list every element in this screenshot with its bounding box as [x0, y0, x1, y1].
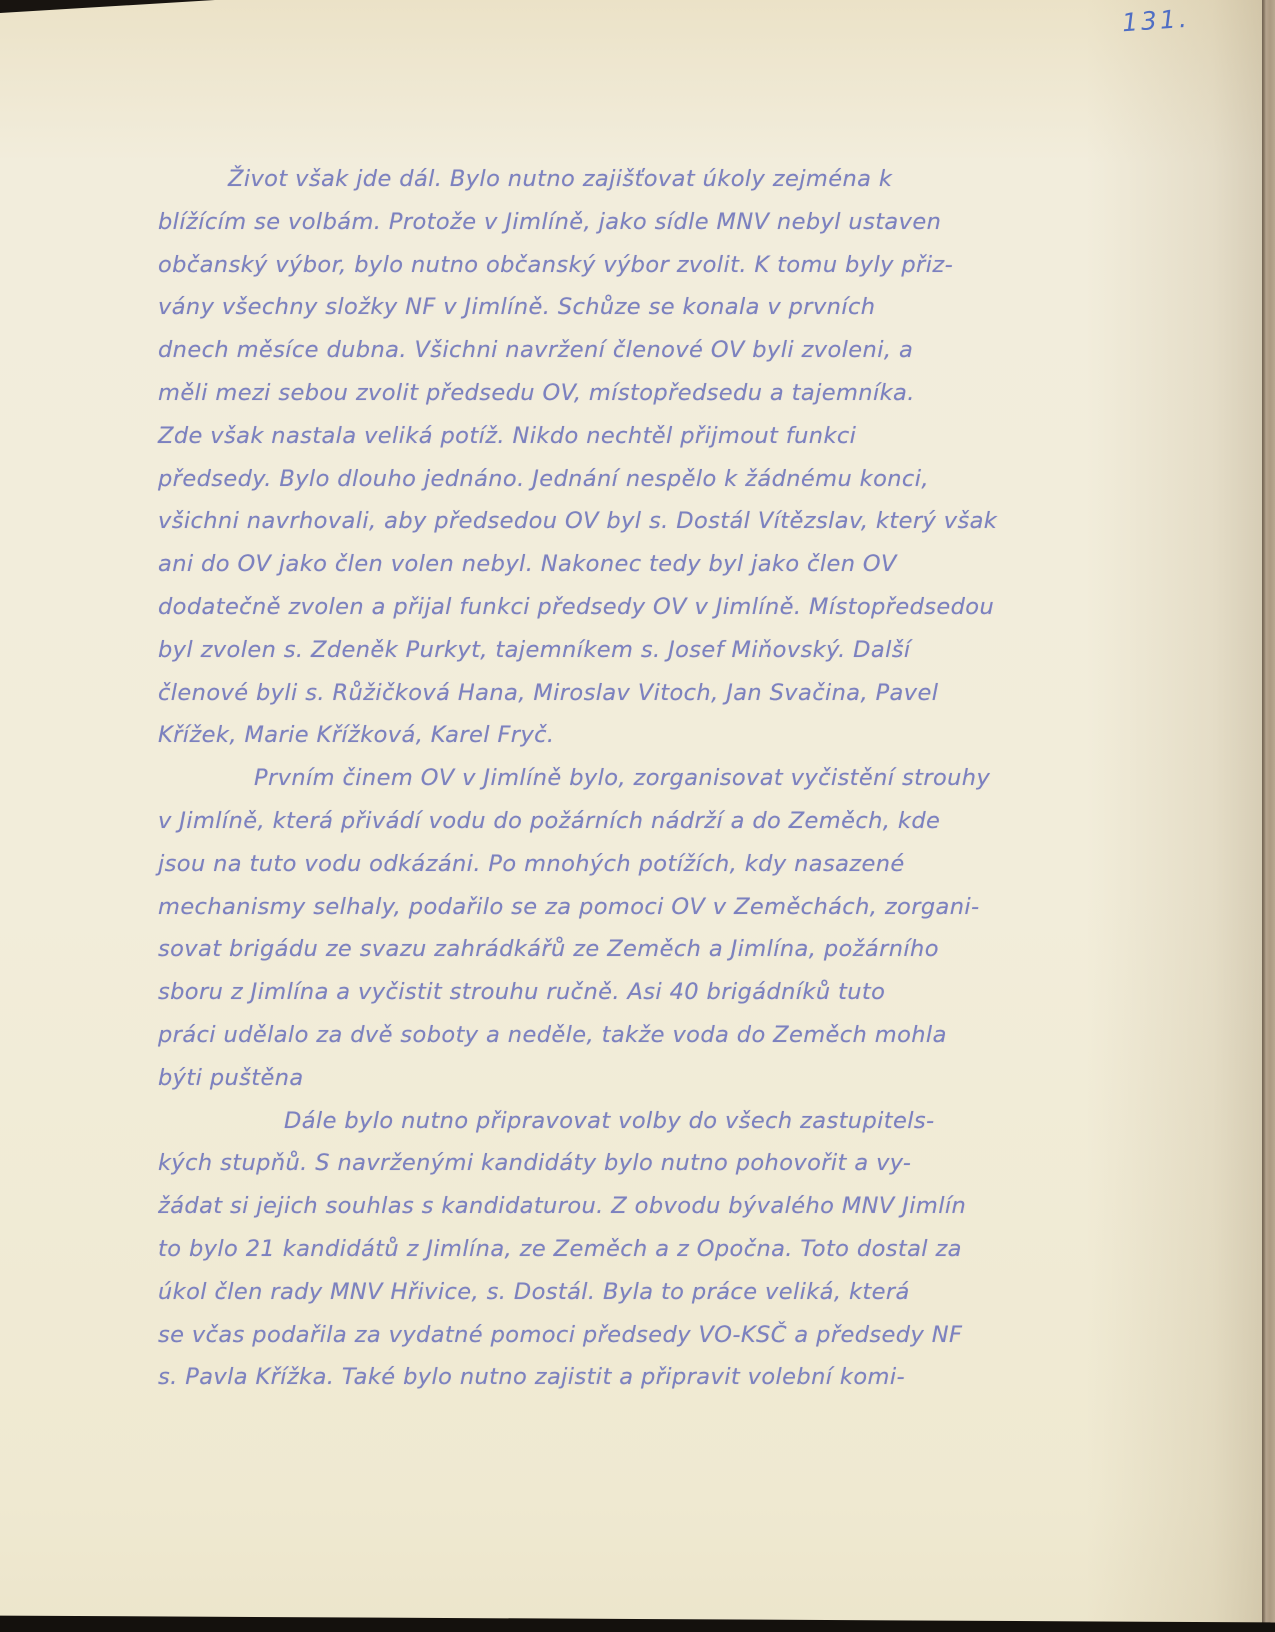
- handwritten-line: s. Pavla Křížka. Také bylo nutno zajisti…: [158, 1356, 1060, 1399]
- handwritten-line: úkol člen rady MNV Hřivice, s. Dostál. B…: [158, 1271, 1060, 1314]
- handwritten-line: práci udělalo za dvě soboty a neděle, ta…: [158, 1014, 1060, 1057]
- handwritten-line: ani do OV jako člen volen nebyl. Nakonec…: [158, 543, 1060, 586]
- handwritten-line: mechanismy selhaly, podařilo se za pomoc…: [158, 886, 1060, 929]
- handwritten-line: žádat si jejich souhlas s kandidaturou. …: [158, 1185, 1060, 1228]
- handwritten-text-block: Život však jde dál. Bylo nutno zajišťova…: [158, 158, 1060, 1399]
- handwritten-line: sboru z Jimlína a vyčistit strouhu ručně…: [158, 971, 1060, 1014]
- handwritten-line: se včas podařila za vydatné pomoci předs…: [158, 1314, 1060, 1357]
- handwritten-line: členové byli s. Růžičková Hana, Miroslav…: [158, 672, 1060, 715]
- handwritten-line: Dále bylo nutno připravovat volby do vše…: [158, 1100, 1060, 1143]
- handwritten-line: sovat brigádu ze svazu zahrádkářů ze Zem…: [158, 928, 1060, 971]
- handwritten-line: blížícím se volbám. Protože v Jimlíně, j…: [158, 201, 1060, 244]
- handwritten-line: to bylo 21 kandidátů z Jimlína, ze Zeměc…: [158, 1228, 1060, 1271]
- handwritten-line: v Jimlíně, která přivádí vodu do požární…: [158, 800, 1060, 843]
- handwritten-line: byl zvolen s. Zdeněk Purkyt, tajemníkem …: [158, 629, 1060, 672]
- handwritten-line: Zde však nastala veliká potíž. Nikdo nec…: [158, 415, 1060, 458]
- handwritten-line: předsedy. Bylo dlouho jednáno. Jednání n…: [158, 458, 1060, 501]
- paragraph: Prvním činem OV v Jimlíně bylo, zorganis…: [158, 757, 1060, 1099]
- handwritten-line: dodatečně zvolen a přijal funkci předsed…: [158, 586, 1060, 629]
- handwritten-line: dnech měsíce dubna. Všichni navržení čle…: [158, 329, 1060, 372]
- handwritten-line: Prvním činem OV v Jimlíně bylo, zorganis…: [158, 757, 1060, 800]
- handwritten-line: Křížek, Marie Křížková, Karel Fryč.: [158, 714, 1060, 757]
- handwritten-line: všichni navrhovali, aby předsedou OV byl…: [158, 500, 1060, 543]
- handwritten-line: kých stupňů. S navrženými kandidáty bylo…: [158, 1142, 1060, 1185]
- page-number: 131.: [1121, 4, 1191, 38]
- paragraph: Dále bylo nutno připravovat volby do vše…: [158, 1100, 1060, 1400]
- handwritten-line: Život však jde dál. Bylo nutno zajišťova…: [158, 158, 1060, 201]
- paragraph: Život však jde dál. Bylo nutno zajišťova…: [158, 158, 1060, 757]
- handwritten-line: občanský výbor, bylo nutno občanský výbo…: [158, 244, 1060, 287]
- handwritten-line: jsou na tuto vodu odkázáni. Po mnohých p…: [158, 843, 1060, 886]
- handwritten-line: vány všechny složky NF v Jimlíně. Schůze…: [158, 286, 1060, 329]
- scanned-chronicle-page: 131. Život však jde dál. Bylo nutno zaji…: [0, 0, 1275, 1632]
- handwritten-line: býti puštěna: [158, 1057, 1060, 1100]
- book-page-edge: [1262, 0, 1275, 1632]
- handwritten-line: měli mezi sebou zvolit předsedu OV, míst…: [158, 372, 1060, 415]
